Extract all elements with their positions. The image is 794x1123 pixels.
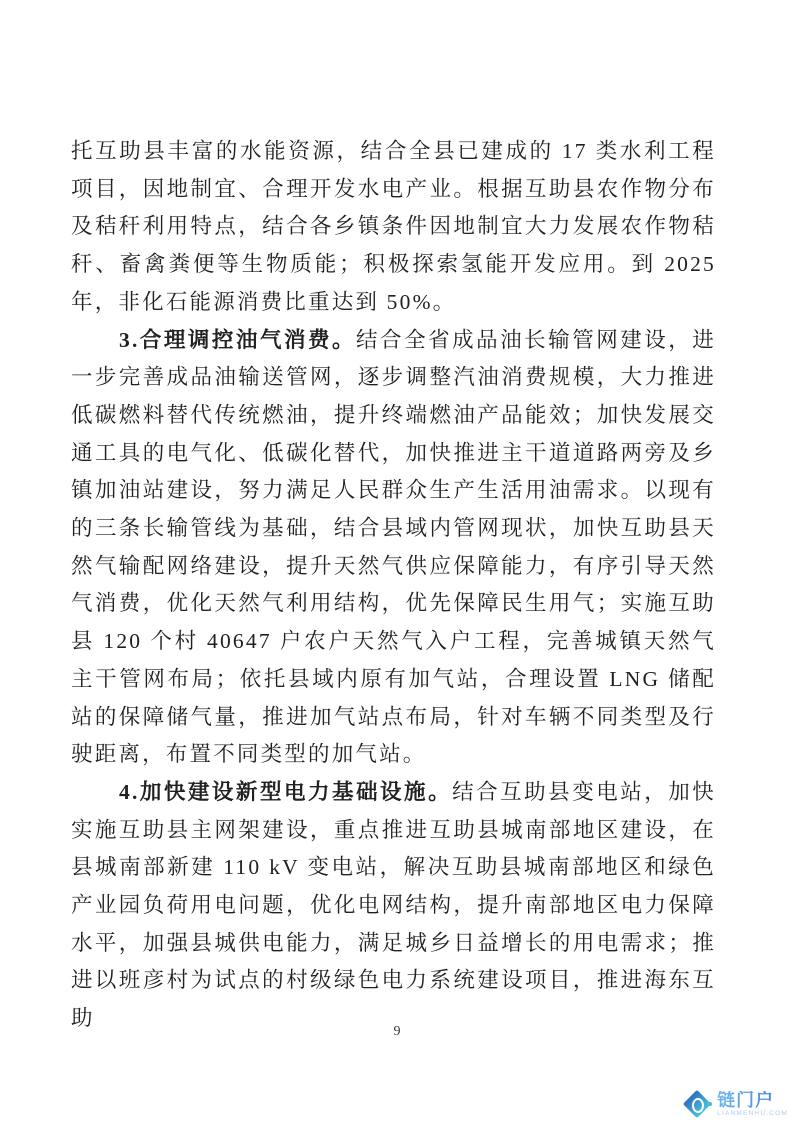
paragraph-item-4: 4.加快建设新型电力基础设施。结合互助县变电站，加快实施互助县主网架建设，重点推… [71,774,716,1038]
document-body: 托互助县丰富的水能资源，结合全县已建成的 17 类水利工程项目，因地制宜、合理开… [71,133,716,1038]
paragraph-text: 结合全省成品油长输管网建设，进一步完善成品油输送管网，逐步调整汽油消费规模，大力… [71,328,716,767]
paragraph-text: 结合互助县变电站，加快实施互助县主网架建设，重点推进互助县城南部地区建设，在县城… [71,780,716,1030]
paragraph-text: 托互助县丰富的水能资源，结合全县已建成的 17 类水利工程项目，因地制宜、合理开… [71,139,716,314]
watermark-domain-text: LIANMENHU.COM [717,1111,788,1118]
watermark-logo: 链门户 LIANMENHU.COM [682,1089,788,1119]
page-number: 9 [0,1024,794,1040]
paragraph-item-3: 3.合理调控油气消费。结合全省成品油长输管网建设，进一步完善成品油输送管网，逐步… [71,322,716,774]
paragraph-continuation: 托互助县丰富的水能资源，结合全县已建成的 17 类水利工程项目，因地制宜、合理开… [71,133,716,322]
document-page: 托互助县丰富的水能资源，结合全县已建成的 17 类水利工程项目，因地制宜、合理开… [0,0,794,1123]
watermark-brand-text: 链门户 [717,1091,788,1109]
paragraph-heading: 4.加快建设新型电力基础设施。 [119,780,452,804]
paragraph-heading: 3.合理调控油气消费。 [119,328,356,352]
diamond-link-icon [682,1089,712,1119]
